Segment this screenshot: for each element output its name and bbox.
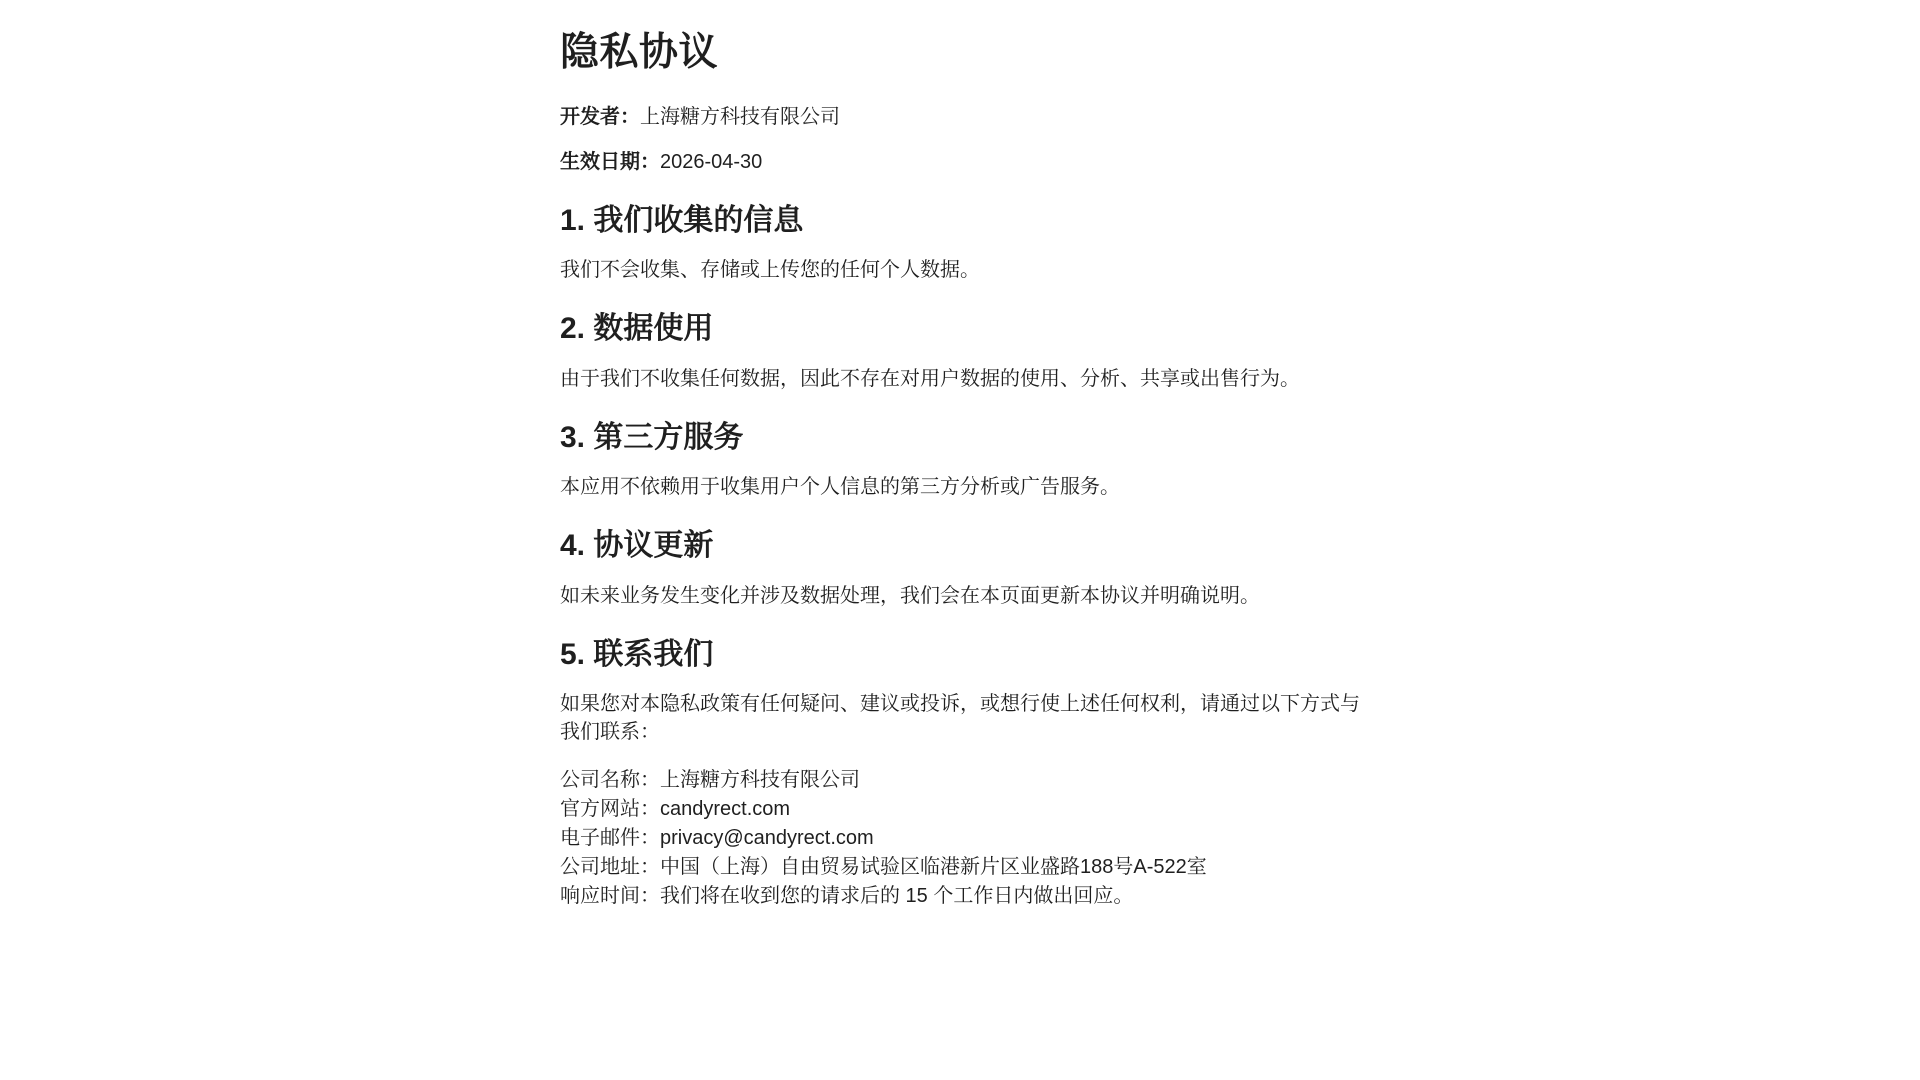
contact-address: 公司地址：中国（上海）自由贸易试验区临港新片区业盛路188号A-522室 <box>560 853 1360 882</box>
contact-response-time-value: 我们将在收到您的请求后的 15 个工作日内做出回应。 <box>660 885 1133 907</box>
contact-address-label: 公司地址： <box>560 856 660 878</box>
section-body-policy-updates: 如未来业务发生变化并涉及数据处理，我们会在本页面更新本协议并明确说明。 <box>560 582 1360 610</box>
section-body-contact-us: 如果您对本隐私政策有任何疑问、建议或投诉，或想行使上述任何权利，请通过以下方式与… <box>560 690 1360 746</box>
contact-info-block: 公司名称：上海糖方科技有限公司 官方网站：candyrect.com 电子邮件：… <box>560 766 1360 911</box>
developer-line: 开发者：上海糖方科技有限公司 <box>560 103 1360 131</box>
section-heading-information-collected: 1. 我们收集的信息 <box>560 202 1360 240</box>
developer-value: 上海糖方科技有限公司 <box>640 106 840 128</box>
developer-label: 开发者： <box>560 106 640 128</box>
contact-email-value: privacy@candyrect.com <box>660 827 874 849</box>
contact-response-time-label: 响应时间： <box>560 885 660 907</box>
contact-address-value: 中国（上海）自由贸易试验区临港新片区业盛路188号A-522室 <box>660 856 1207 878</box>
effective-date-line: 生效日期：2026-04-30 <box>560 148 1360 176</box>
contact-company-name-value: 上海糖方科技有限公司 <box>660 769 860 791</box>
section-heading-contact-us: 5. 联系我们 <box>560 636 1360 674</box>
contact-response-time: 响应时间：我们将在收到您的请求后的 15 个工作日内做出回应。 <box>560 882 1360 911</box>
contact-website-value: candyrect.com <box>660 798 790 820</box>
contact-website: 官方网站：candyrect.com <box>560 795 1360 824</box>
section-body-information-collected: 我们不会收集、存储或上传您的任何个人数据。 <box>560 256 1360 284</box>
section-body-third-party-services: 本应用不依赖用于收集用户个人信息的第三方分析或广告服务。 <box>560 473 1360 501</box>
section-heading-data-usage: 2. 数据使用 <box>560 310 1360 348</box>
section-body-data-usage: 由于我们不收集任何数据，因此不存在对用户数据的使用、分析、共享或出售行为。 <box>560 365 1360 393</box>
privacy-policy-document: 隐私协议 开发者：上海糖方科技有限公司 生效日期：2026-04-30 1. 我… <box>560 0 1360 911</box>
contact-company-name-label: 公司名称： <box>560 769 660 791</box>
contact-email: 电子邮件：privacy@candyrect.com <box>560 824 1360 853</box>
effective-date-value: 2026-04-30 <box>660 151 762 173</box>
section-heading-third-party-services: 3. 第三方服务 <box>560 419 1360 457</box>
section-heading-policy-updates: 4. 协议更新 <box>560 527 1360 565</box>
page-title: 隐私协议 <box>560 30 1360 77</box>
contact-email-label: 电子邮件： <box>560 827 660 849</box>
contact-company-name: 公司名称：上海糖方科技有限公司 <box>560 766 1360 795</box>
contact-website-label: 官方网站： <box>560 798 660 820</box>
effective-date-label: 生效日期： <box>560 151 660 173</box>
